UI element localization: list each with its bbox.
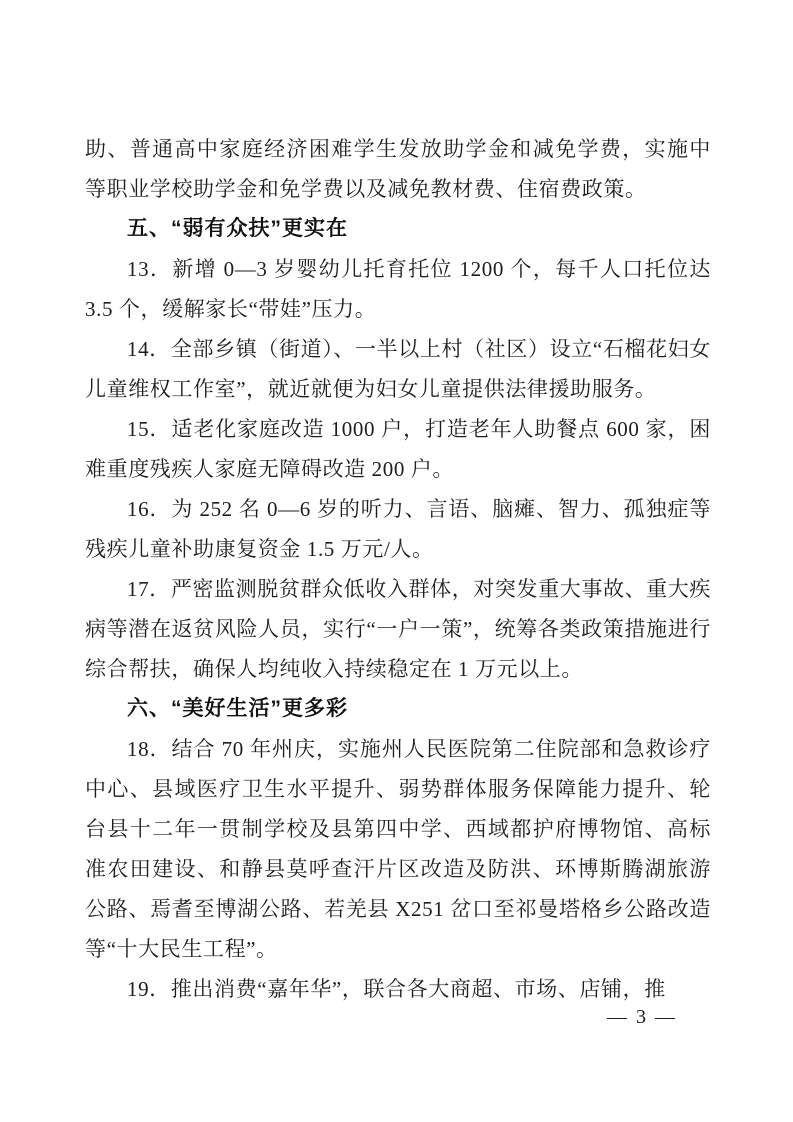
- paragraph-item-17: 17．严密监测脱贫群众低收入群体，对突发重大事故、重大疾病等潜在返贫风险人员，实…: [85, 569, 711, 689]
- paragraph-item-19: 19．推出消费“嘉年华”，联合各大商超、市场、店铺，推: [85, 969, 711, 1009]
- page-number: — 3 —: [607, 1006, 677, 1029]
- document-page: 助、普通高中家庭经济困难学生发放助学金和减免学费，实施中等职业学校助学金和免学费…: [0, 0, 793, 1122]
- paragraph-item-15: 15．适老化家庭改造 1000 户，打造老年人助餐点 600 家，困难重度残疾人…: [85, 409, 711, 489]
- paragraph-item-14: 14．全部乡镇（街道）、一半以上村（社区）设立“石榴花妇女儿童维权工作室”，就近…: [85, 329, 711, 409]
- paragraph-continuation: 助、普通高中家庭经济困难学生发放助学金和减免学费，实施中等职业学校助学金和免学费…: [85, 129, 711, 209]
- section-heading-5: 五、“弱有众扶”更实在: [85, 209, 711, 249]
- paragraph-item-16: 16．为 252 名 0—6 岁的听力、言语、脑瘫、智力、孤独症等残疾儿童补助康…: [85, 489, 711, 569]
- section-heading-6: 六、“美好生活”更多彩: [85, 689, 711, 729]
- paragraph-item-13: 13．新增 0—3 岁婴幼儿托育托位 1200 个，每千人口托位达 3.5 个，…: [85, 249, 711, 329]
- document-body: 助、普通高中家庭经济困难学生发放助学金和减免学费，实施中等职业学校助学金和免学费…: [85, 129, 711, 1009]
- paragraph-item-18: 18．结合 70 年州庆，实施州人民医院第二住院部和急救诊疗中心、县域医疗卫生水…: [85, 729, 711, 969]
